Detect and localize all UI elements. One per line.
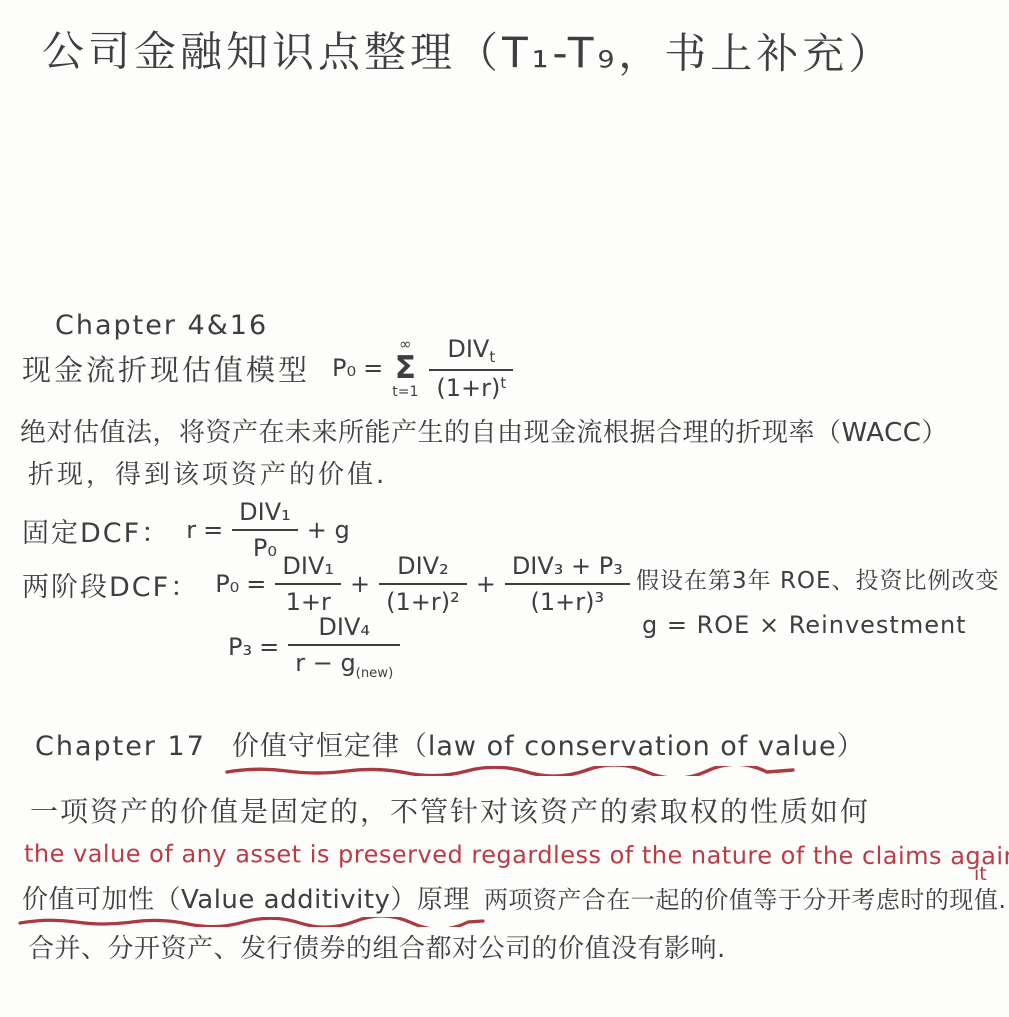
div-base: DIV xyxy=(447,335,489,363)
absolute-valuation-desc-line2: 折现，得到该项资产的价值. xyxy=(28,454,387,491)
subtitle-text: 价值守恒定律（law of conservation of value） xyxy=(232,731,865,762)
fraction-numerator: DIV₂ xyxy=(379,551,467,583)
fraction-numerator: DIV₁ xyxy=(275,551,341,583)
p3-lhs: P₃ xyxy=(228,633,252,661)
red-wavy-underline xyxy=(18,917,486,927)
sigma-symbol: Σ xyxy=(395,353,416,384)
english-red-annotation: the value of any asset is preserved rega… xyxy=(24,840,1009,871)
p3-terminal-value-row: P₃ = DIV₄ r − g(new) xyxy=(228,612,402,682)
den-base: (1+r) xyxy=(436,374,500,402)
fraction-denominator: r − g(new) xyxy=(288,644,400,682)
plus-sign: + xyxy=(350,570,370,598)
fraction-numerator: DIV₁ xyxy=(232,497,298,529)
den-exponent: t xyxy=(500,374,506,392)
fraction-denominator: (1+r)³ xyxy=(505,583,630,617)
chapter17-heading: Chapter 17 xyxy=(35,731,206,762)
fraction-denominator: (1+r)t xyxy=(429,369,513,403)
year2-fraction: DIV₂ (1+r)² xyxy=(379,551,467,617)
summation-symbol: ∞ Σ t=1 xyxy=(392,337,418,399)
handwritten-notes-page: 公司金融知识点整理（T₁-T₉，书上补充） Chapter 4&16 现金流折现… xyxy=(0,0,1009,1017)
two-stage-dcf-row: 两阶段DCF： P₀ = DIV₁ 1+r + DIV₂ (1+r)² + DI… xyxy=(22,551,632,617)
value-additivity-term: 价值可加性（Value additivity）原理 xyxy=(22,879,470,916)
plus-g-term: + g xyxy=(307,516,350,544)
fraction-numerator: DIV₃ + P₃ xyxy=(505,551,630,583)
value-additivity-row: 价值可加性（Value additivity）原理 两项资产合在一起的价值等于分… xyxy=(22,879,1007,916)
fraction-numerator: DIVt xyxy=(429,334,513,369)
r-lhs: r xyxy=(186,516,196,544)
p0-sum-formula: P₀ = ∞ Σ t=1 DIVt (1+r)t xyxy=(332,334,515,403)
dcf-model-label: 现金流折现估值模型 xyxy=(22,348,310,389)
growth-formula-note: g = ROE × Reinvestment xyxy=(642,610,967,640)
two-stage-dcf-formula: P₀ = DIV₁ 1+r + DIV₂ (1+r)² + DIV₃ + P₃ … xyxy=(215,551,632,617)
fraction-numerator: DIV₄ xyxy=(288,612,400,644)
g-new-subscript: (new) xyxy=(356,666,394,681)
p0-lhs: P₀ xyxy=(332,354,356,382)
equals-sign: = xyxy=(203,516,223,544)
conservation-of-value-subtitle: 价值守恒定律（law of conservation of value） xyxy=(232,724,865,763)
plus-sign: + xyxy=(476,570,496,598)
equals-sign: = xyxy=(246,570,266,598)
two-stage-dcf-label: 两阶段DCF： xyxy=(22,565,199,604)
dcf-model-row: 现金流折现估值模型 P₀ = ∞ Σ t=1 DIVt (1+r)t xyxy=(22,334,515,403)
equals-sign: = xyxy=(363,354,383,382)
page-title: 公司金融知识点整理（T₁-T₉，书上补充） xyxy=(42,19,895,82)
no-effect-on-value-statement: 合并、分开资产、发行债券的组合都对公司的价值没有影响. xyxy=(28,928,726,965)
dividend-discount-fraction: DIVt (1+r)t xyxy=(429,334,513,403)
year1-fraction: DIV₁ 1+r xyxy=(275,551,341,617)
chapter17-heading-row: Chapter 17 价值守恒定律（law of conservation of… xyxy=(35,724,865,763)
div4-over-r-minus-g-fraction: DIV₄ r − g(new) xyxy=(288,612,400,682)
p0-lhs: P₀ xyxy=(215,570,239,598)
r-minus-g: r − g xyxy=(295,649,355,677)
absolute-valuation-desc-line1: 绝对估值法，将资产在未来所能产生的自由现金流根据合理的折现率（WACC） xyxy=(20,412,948,449)
p3-formula: P₃ = DIV₄ r − g(new) xyxy=(228,612,402,682)
div-subscript: t xyxy=(489,348,495,366)
year3-fraction: DIV₃ + P₃ (1+r)³ xyxy=(505,551,630,617)
additivity-explanation: 两项资产合在一起的价值等于分开考虑时的现值. xyxy=(484,880,1007,915)
sum-lower-limit: t=1 xyxy=(392,385,418,399)
roe-assumption-note: 假设在第3年 ROE、投资比例改变 xyxy=(636,567,1000,596)
red-wavy-underline xyxy=(224,766,796,776)
fixed-value-statement: 一项资产的价值是固定的，不管针对该资产的索取权的性质如何 xyxy=(30,790,870,830)
fixed-dcf-label: 固定DCF： xyxy=(22,511,170,550)
additivity-underlined-text: 价值可加性（Value additivity）原理 xyxy=(22,885,470,915)
equals-sign: = xyxy=(259,633,279,661)
